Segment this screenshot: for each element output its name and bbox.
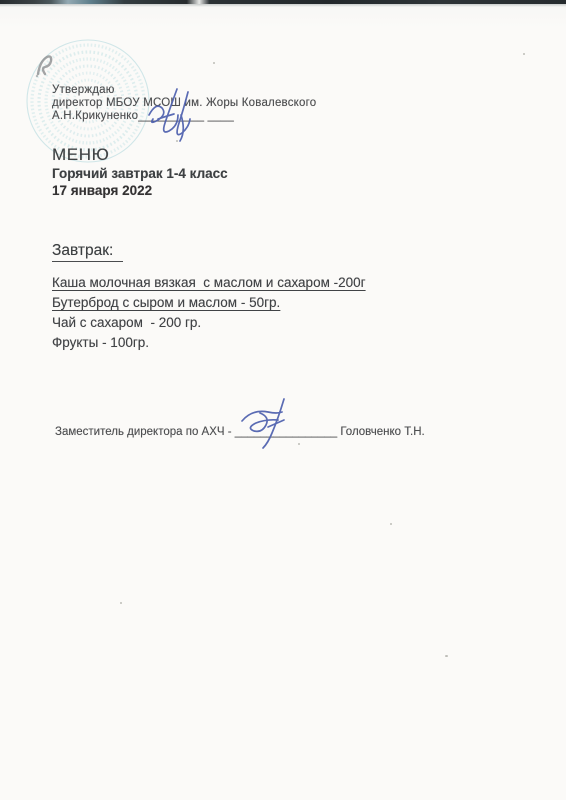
approval-signer-name: А.Н.Крикуненко — [52, 110, 138, 122]
scanner-edge-shadow — [0, 4, 566, 7]
paper-speck — [523, 53, 525, 55]
paper-speck — [176, 140, 178, 142]
footer-signer-name: Головченко Т.Н. — [340, 426, 424, 438]
menu-item: Чай с сахаром - 200 гр. — [52, 315, 201, 330]
footer-label: Заместитель директора по АХЧ - — [55, 426, 235, 438]
page-title: МЕНЮ — [52, 145, 109, 165]
paper-speck — [213, 62, 215, 64]
deputy-signature-icon — [238, 397, 304, 458]
menu-subtitle: Горячий завтрак 1-4 класс — [52, 166, 228, 181]
section-heading-label: Завтрак: — [52, 242, 123, 262]
paper-speck — [390, 523, 392, 525]
paper-speck — [298, 443, 300, 445]
menu-item: Бутерброд с сыром и маслом - 50гр. — [52, 295, 280, 310]
director-signature-icon — [143, 85, 205, 148]
approval-line-1: Утверждаю — [52, 84, 115, 96]
section-heading: Завтрак: — [52, 242, 123, 260]
menu-date: 17 января 2022 — [52, 183, 152, 198]
scanned-document: Утверждаю директор МБОУ МСОШ им. Жоры Ко… — [0, 0, 566, 800]
menu-item: Каша молочная вязкая с маслом и сахаром … — [52, 275, 366, 290]
paper-speck — [120, 602, 122, 604]
ink-smudge-icon — [33, 50, 57, 87]
paper-speck — [445, 655, 448, 657]
menu-item: Фрукты - 100гр. — [52, 335, 149, 350]
